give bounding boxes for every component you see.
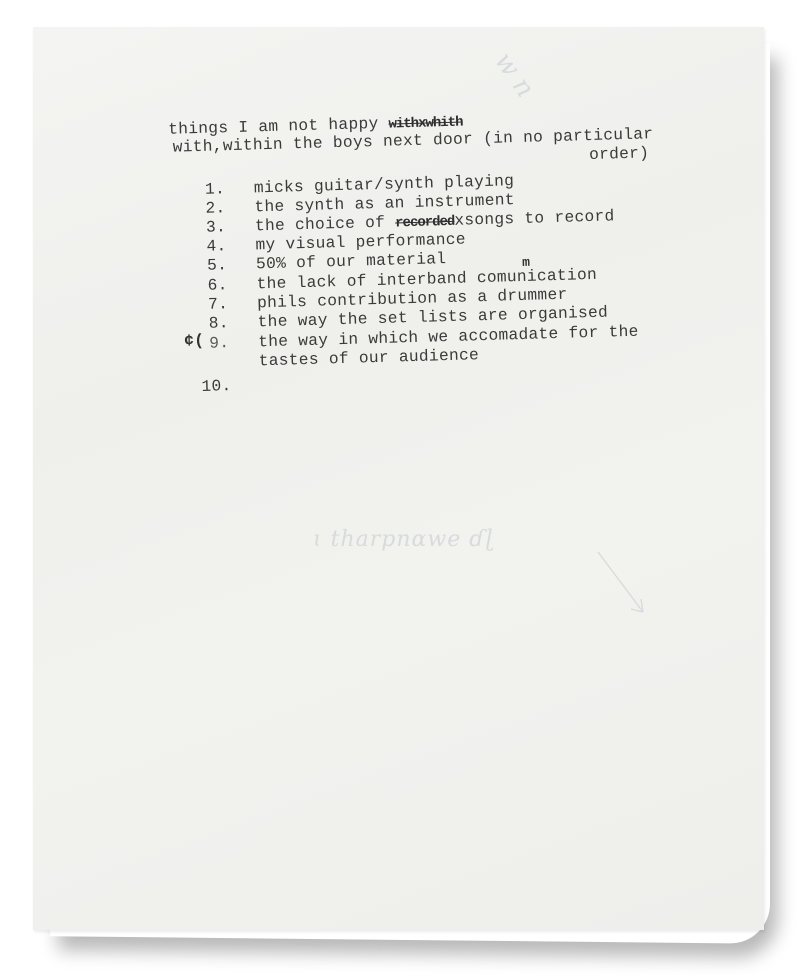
pencil-scribble-middle: ɩ tharpnɑwe ɗɭ bbox=[313, 527, 494, 552]
margin-mark: ¢( bbox=[184, 332, 205, 351]
item-number: 8. bbox=[208, 315, 228, 332]
item-number: 7. bbox=[208, 296, 228, 313]
item-number: 3. bbox=[206, 219, 226, 236]
heading-line-3: order) bbox=[589, 145, 650, 163]
item-number: 10. bbox=[201, 378, 231, 395]
item-number: 4. bbox=[206, 238, 226, 255]
item-number: 2. bbox=[205, 200, 225, 217]
typed-text-block: things I am not happy withxwhith with,wi… bbox=[0, 4, 36, 706]
item-number: 1. bbox=[205, 181, 225, 198]
item-number: 5. bbox=[207, 257, 227, 274]
item-number: 9. bbox=[209, 335, 229, 352]
paper-sheet: w n ɩ tharpnɑwe ɗɭ bbox=[33, 27, 764, 930]
struck-word: recorded bbox=[395, 214, 455, 232]
pencil-arrow-icon bbox=[593, 547, 663, 627]
item-number: 6. bbox=[207, 277, 227, 294]
pencil-scribble-top: w n bbox=[488, 47, 540, 103]
